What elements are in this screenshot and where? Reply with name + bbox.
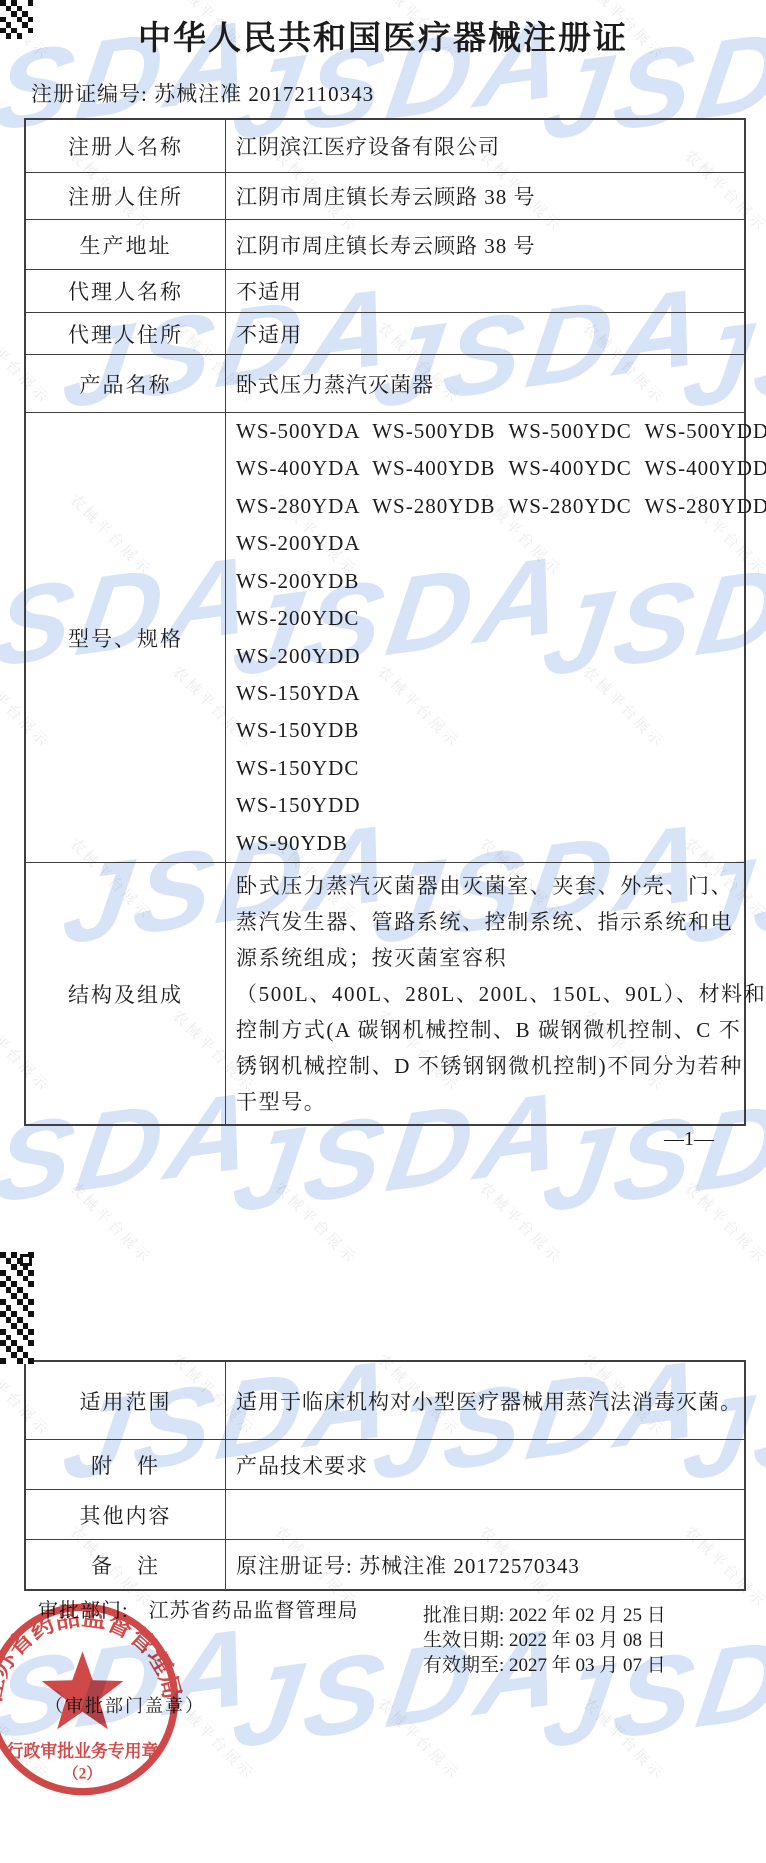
date-block: 批准日期: 2022 年 02 月 25 日 生效日期: 2022 年 03 月… <box>423 1603 666 1678</box>
structure-line: 蒸汽发生器、管路系统、控制系统、指示系统和电 <box>236 904 733 940</box>
row-label: 其他内容 <box>26 1490 226 1539</box>
structure-line: （500L、400L、280L、200L、150L、90L）、材料和 <box>236 976 766 1012</box>
table-row: 备 注 原注册证号: 苏械注准 20172570343 <box>26 1539 744 1589</box>
table-row: 附 件 产品技术要求 <box>26 1439 744 1489</box>
table-row: 代理人名称 不适用 <box>26 269 744 312</box>
structure-line: 源系统组成；按灭菌室容积 <box>236 940 507 976</box>
row-label: 产品名称 <box>26 355 226 412</box>
expiry-date: 有效期至: 2027 年 03 月 07 日 <box>423 1653 666 1678</box>
registration-table: 注册人名称 江阴滨江医疗设备有限公司 注册人住所 江阴市周庄镇长寿云顾路 38 … <box>24 118 746 1126</box>
model-line: WS-200YDB <box>236 563 359 600</box>
seal-number: （2） <box>63 1764 101 1782</box>
model-line: WS-200YDD <box>236 638 361 675</box>
approval-date: 批准日期: 2022 年 02 月 25 日 <box>423 1603 666 1628</box>
row-value: 适用于临床机构对小型医疗器械用蒸汽法消毒灭菌。 <box>226 1362 744 1439</box>
row-value: 江阴滨江医疗设备有限公司 <box>226 120 744 172</box>
seal-star <box>42 1651 124 1729</box>
certificate-title: 中华人民共和国医疗器械注册证 <box>0 12 766 59</box>
certificate-sheet: JSDAJSDAJSDAJSDAJSDAJSDAJSDAJSDAJSDAJSDA… <box>0 0 766 1863</box>
scope-table: 适用范围 适用于临床机构对小型医疗器械用蒸汽法消毒灭菌。 附 件 产品技术要求 … <box>24 1360 746 1591</box>
qr-code-top-left <box>0 0 33 39</box>
row-label: 附 件 <box>26 1440 226 1489</box>
table-row: 适用范围 适用于临床机构对小型医疗器械用蒸汽法消毒灭菌。 <box>26 1362 744 1439</box>
row-label: 代理人住所 <box>26 313 226 354</box>
row-label: 型号、规格 <box>26 413 226 862</box>
approval-date-value: 2022 年 02 月 25 日 <box>509 1605 666 1626</box>
model-line: WS-280YDA WS-280YDB WS-280YDC WS-280YDD <box>236 488 766 525</box>
model-line: WS-150YDD <box>236 787 361 824</box>
model-list: WS-500YDA WS-500YDB WS-500YDC WS-500YDD … <box>226 413 766 862</box>
row-value: 江阴市周庄镇长寿云顾路 38 号 <box>226 173 744 219</box>
row-value: 卧式压力蒸汽灭菌器 <box>226 355 744 412</box>
structure-text: 卧式压力蒸汽灭菌器由灭菌室、夹套、外壳、门、 蒸汽发生器、管路系统、控制系统、指… <box>226 863 766 1124</box>
row-value: 不适用 <box>226 313 744 354</box>
row-value: 产品技术要求 <box>226 1440 744 1489</box>
effective-date-label: 生效日期: <box>423 1630 504 1651</box>
table-row: 产品名称 卧式压力蒸汽灭菌器 <box>26 354 744 412</box>
qr-code-page2 <box>0 1252 34 1364</box>
seal-bottom-text: 行政审批业务专用章 <box>7 1741 159 1761</box>
cert-number-value: 苏械注准 20172110343 <box>154 82 374 106</box>
model-line: WS-500YDA WS-500YDB WS-500YDC WS-500YDD <box>236 413 766 450</box>
model-line: WS-150YDB <box>236 712 359 749</box>
model-line: WS-150YDC <box>236 750 359 787</box>
table-row: 生产地址 江阴市周庄镇长寿云顾路 38 号 <box>26 219 744 269</box>
table-row: 注册人住所 江阴市周庄镇长寿云顾路 38 号 <box>26 172 744 219</box>
row-label: 结构及组成 <box>26 863 226 1124</box>
structure-line: 控制方式(A 碳钢机械控制、B 碳钢微机控制、C 不 <box>236 1012 741 1048</box>
row-label: 注册人名称 <box>26 120 226 172</box>
structure-line: 锈钢机械控制、D 不锈钢钢微机控制)不同分为若种 <box>236 1048 743 1084</box>
cert-number-line: 注册证编号: 苏械注准 20172110343 <box>31 78 374 108</box>
official-seal: 江苏省药品监督管理局 行政审批业务专用章 （2） <box>0 1597 185 1802</box>
model-line: WS-200YDA <box>236 525 361 562</box>
row-label: 代理人名称 <box>26 270 226 312</box>
expiry-date-value: 2027 年 03 月 07 日 <box>509 1655 666 1676</box>
table-row: 代理人住所 不适用 <box>26 312 744 354</box>
table-row-structure: 结构及组成 卧式压力蒸汽灭菌器由灭菌室、夹套、外壳、门、 蒸汽发生器、管路系统、… <box>26 862 744 1124</box>
structure-line: 卧式压力蒸汽灭菌器由灭菌室、夹套、外壳、门、 <box>236 868 733 904</box>
row-label: 生产地址 <box>26 220 226 269</box>
row-label: 备 注 <box>26 1540 226 1589</box>
model-line: WS-400YDA WS-400YDB WS-400YDC WS-400YDD <box>236 450 766 487</box>
effective-date-value: 2022 年 03 月 08 日 <box>509 1630 666 1651</box>
row-value: 不适用 <box>226 270 744 312</box>
row-value: 原注册证号: 苏械注准 20172570343 <box>226 1540 744 1589</box>
structure-line: 干型号。 <box>236 1084 326 1120</box>
page-number: —1— <box>664 1128 714 1151</box>
row-value <box>226 1490 744 1539</box>
model-line: WS-200YDC <box>236 600 359 637</box>
table-row-models: 型号、规格 WS-500YDA WS-500YDB WS-500YDC WS-5… <box>26 412 744 862</box>
table-row: 其他内容 <box>26 1489 744 1539</box>
expiry-date-label: 有效期至: <box>423 1655 504 1676</box>
approval-date-label: 批准日期: <box>423 1605 504 1626</box>
table-row: 注册人名称 江阴滨江医疗设备有限公司 <box>26 120 744 172</box>
cert-number-label: 注册证编号: <box>31 82 148 106</box>
row-label: 适用范围 <box>26 1362 226 1439</box>
effective-date: 生效日期: 2022 年 03 月 08 日 <box>423 1628 666 1653</box>
row-value: 江阴市周庄镇长寿云顾路 38 号 <box>226 220 744 269</box>
row-label: 注册人住所 <box>26 173 226 219</box>
model-line: WS-90YDB <box>236 825 348 862</box>
model-line: WS-150YDA <box>236 675 361 712</box>
